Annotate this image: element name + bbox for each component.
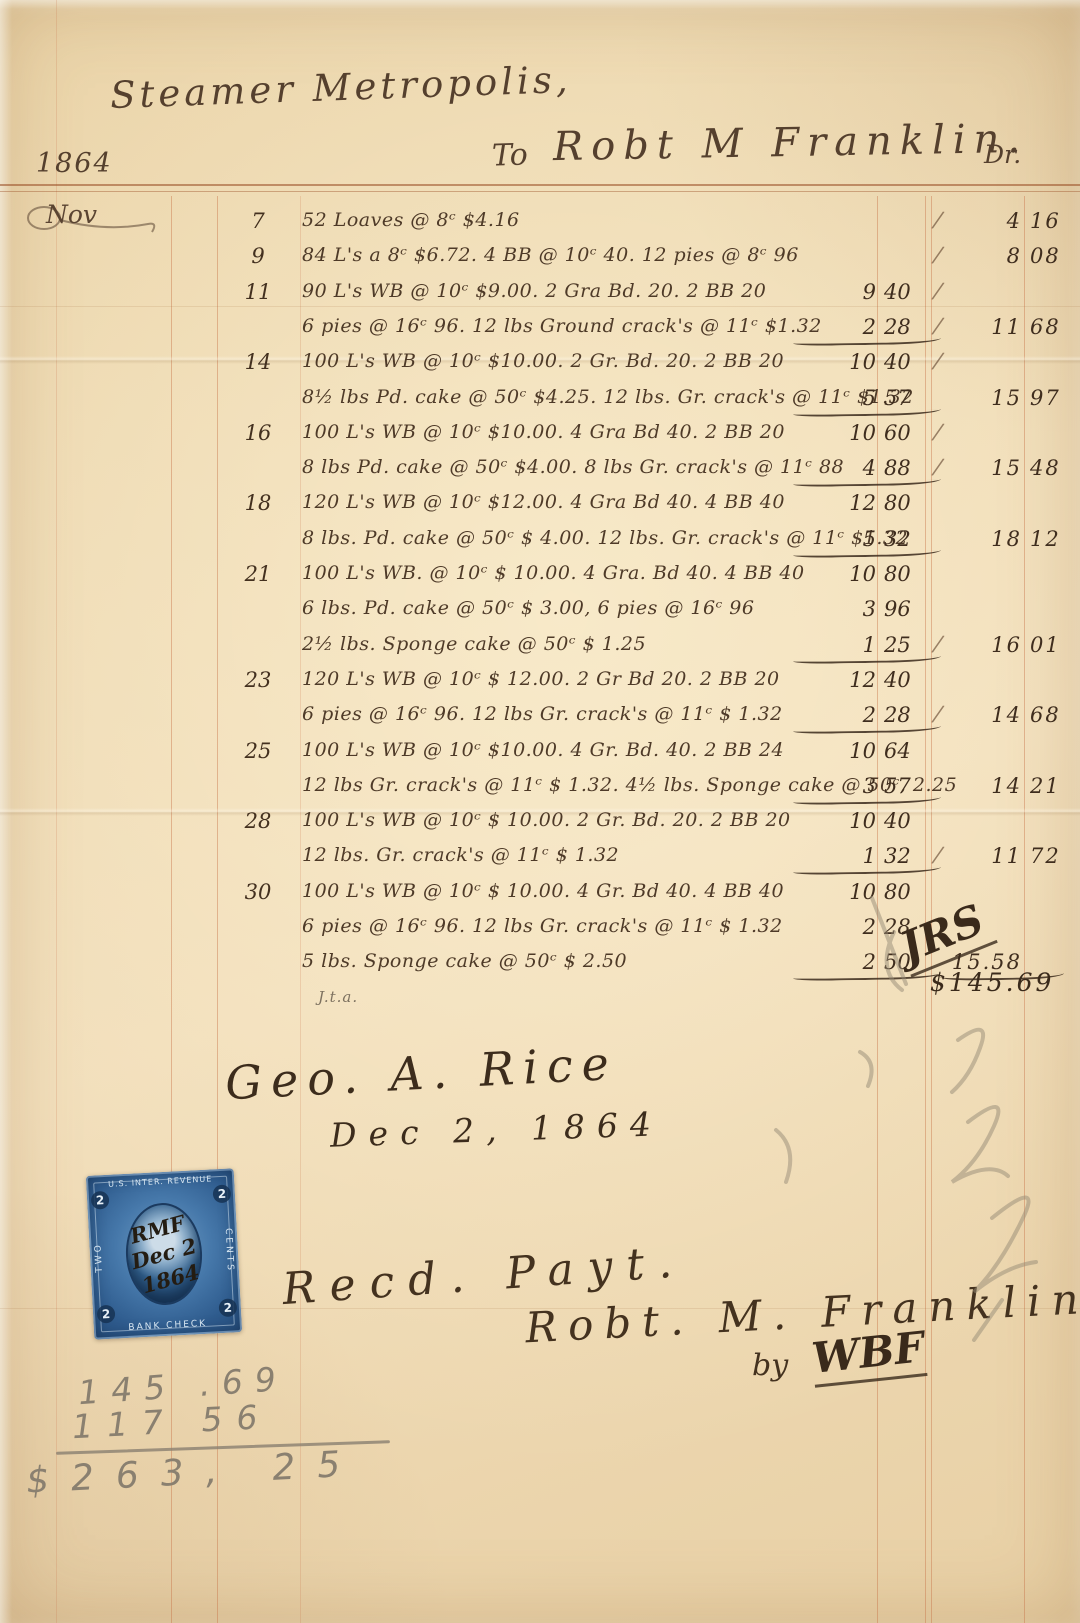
day-number: 21 [218, 562, 298, 586]
subtotal-cents: 96 [884, 597, 932, 621]
subtotal-cents: 32 [884, 527, 932, 551]
agent-monogram: WBF [809, 1322, 927, 1387]
ledger-row: 8 lbs. Pd. cake @ 50ᶜ $ 4.00. 12 lbs. Gr… [0, 524, 1080, 558]
subtotal-dollars: 5 [790, 386, 876, 410]
subtotal-cents: 32 [884, 844, 932, 868]
signature-date: Dec 2, 1864 [329, 1104, 663, 1155]
ledger-row: 23 120 L's WB @ 10ᶜ $ 12.00. 2 Gr Bd 20.… [0, 665, 1080, 699]
subtotal-dollars: 12 [790, 668, 876, 692]
ledger-row: 25 100 L's WB @ 10ᶜ $10.00. 4 Gr. Bd. 40… [0, 736, 1080, 770]
by-label: by [752, 1348, 788, 1383]
item-description: 6 pies @ 16ᶜ 96. 12 lbs Gr. crack's @ 11… [302, 703, 783, 725]
item-description: 2½ lbs. Sponge cake @ 50ᶜ $ 1.25 [302, 633, 646, 655]
day-number: 30 [218, 880, 298, 904]
ledger-row: 7 52 Loaves @ 8ᶜ $4.16 / 4 16 [0, 206, 1080, 240]
day-number: 16 [218, 421, 298, 445]
subtotal-dollars: 9 [790, 280, 876, 304]
subtotal-underline [793, 550, 941, 558]
item-description: 12 lbs. Gr. crack's @ 11ᶜ $ 1.32 [302, 844, 619, 866]
subtotal-dollars: 3 [790, 774, 876, 798]
total-dollars: 14 [946, 703, 1022, 727]
debtor-abbreviation: Dr. [984, 140, 1021, 169]
ledger-row: 6 pies @ 16ᶜ 96. 12 lbs Ground crack's @… [0, 312, 1080, 346]
check-tick: / [932, 420, 955, 448]
ledger-row: 9 84 L's a 8ᶜ $6.72. 4 BB @ 10ᶜ 40. 12 p… [0, 241, 1080, 275]
subtotal-dollars: 2 [790, 703, 876, 727]
subtotal-dollars: 3 [790, 597, 876, 621]
total-dollars: 16 [946, 633, 1022, 657]
day-number: 14 [218, 350, 298, 374]
subtotal-dollars: 2 [790, 950, 876, 974]
subtotal-cents: 80 [884, 491, 932, 515]
item-description: 120 L's WB @ 10ᶜ $12.00. 4 Gra Bd 40. 4 … [302, 491, 785, 513]
item-description: 120 L's WB @ 10ᶜ $ 12.00. 2 Gr Bd 20. 2 … [302, 668, 780, 690]
subtotal-cents: 25 [884, 633, 932, 657]
subtotal-dollars: 1 [790, 844, 876, 868]
total-dollars: 15 [946, 456, 1022, 480]
document-title: Steamer Metropolis, [109, 58, 572, 117]
total-cents: 08 [1030, 244, 1078, 268]
total-dollars: 11 [946, 315, 1022, 339]
subtotal-cents: 57 [884, 386, 932, 410]
item-description: 6 pies @ 16ᶜ 96. 12 lbs Ground crack's @… [302, 315, 822, 337]
ledger-row: 12 lbs Gr. crack's @ 11ᶜ $ 1.32. 4½ lbs.… [0, 771, 1080, 805]
item-description: 84 L's a 8ᶜ $6.72. 4 BB @ 10ᶜ 40. 12 pie… [302, 244, 799, 266]
day-number: 28 [218, 809, 298, 833]
ledger-row: 8 lbs Pd. cake @ 50ᶜ $4.00. 8 lbs Gr. cr… [0, 453, 1080, 487]
item-description: 100 L's WB @ 10ᶜ $ 10.00. 2 Gr. Bd. 20. … [302, 809, 791, 831]
ledger-row: 21 100 L's WB. @ 10ᶜ $ 10.00. 4 Gra. Bd … [0, 559, 1080, 593]
subtotal-cents: 40 [884, 280, 932, 304]
check-tick: / [932, 349, 955, 377]
ledger-row: 11 90 L's WB @ 10ᶜ $9.00. 2 Gra Bd. 20. … [0, 277, 1080, 311]
subtotal-cents: 60 [884, 421, 932, 445]
day-number: 25 [218, 739, 298, 763]
ledger-row: 16 100 L's WB @ 10ᶜ $10.00. 4 Gra Bd 40.… [0, 418, 1080, 452]
subtotal-underline [793, 479, 941, 487]
subtotal-dollars: 1 [790, 633, 876, 657]
subtotal-underline [793, 408, 941, 416]
ledger-row: 28 100 L's WB @ 10ᶜ $ 10.00. 2 Gr. Bd. 2… [0, 806, 1080, 840]
item-description: 5 lbs. Sponge cake @ 50ᶜ $ 2.50 [302, 950, 627, 972]
header-rule [0, 191, 1080, 192]
day-number: 23 [218, 668, 298, 692]
item-description: 52 Loaves @ 8ᶜ $4.16 [302, 209, 520, 231]
day-number: 11 [218, 280, 298, 304]
total-cents: 21 [1030, 774, 1078, 798]
subtotal-dollars: 10 [790, 350, 876, 374]
year-label: 1864 [36, 148, 113, 179]
subtotal-underline [793, 656, 941, 664]
ledger-row: 12 lbs. Gr. crack's @ 11ᶜ $ 1.32 1 32 / … [0, 841, 1080, 875]
total-dollars: 4 [946, 209, 1022, 233]
item-description: 100 L's WB @ 10ᶜ $ 10.00. 4 Gr. Bd 40. 4… [302, 880, 784, 902]
subtotal-dollars: 10 [790, 421, 876, 445]
ledger-page: Steamer Metropolis, 1864 To Robt M Frank… [0, 0, 1080, 1623]
check-tick: / [932, 278, 955, 306]
subtotal-underline [793, 797, 941, 805]
subtotal-cents: 40 [884, 350, 932, 374]
ledger-row: 18 120 L's WB @ 10ᶜ $12.00. 4 Gra Bd 40.… [0, 488, 1080, 522]
item-description: 100 L's WB. @ 10ᶜ $ 10.00. 4 Gra. Bd 40.… [302, 562, 805, 584]
subtotal-dollars: 12 [790, 491, 876, 515]
item-description: 100 L's WB @ 10ᶜ $10.00. 2 Gr. Bd. 20. 2… [302, 350, 784, 372]
subtotal-cents: 40 [884, 668, 932, 692]
ledger-row: 14 100 L's WB @ 10ᶜ $10.00. 2 Gr. Bd. 20… [0, 347, 1080, 381]
subtotal-cents: 88 [884, 456, 932, 480]
ledger-row: 30 100 L's WB @ 10ᶜ $ 10.00. 4 Gr. Bd 40… [0, 877, 1080, 911]
subtotal-dollars: 4 [790, 456, 876, 480]
header-rule [0, 184, 1080, 186]
total-dollars: 14 [946, 774, 1022, 798]
subtotal-cents: 64 [884, 739, 932, 763]
subtotal-cents: 57 [884, 774, 932, 798]
total-cents: 97 [1030, 386, 1078, 410]
item-description: 90 L's WB @ 10ᶜ $9.00. 2 Gra Bd. 20. 2 B… [302, 280, 766, 302]
payee-name: Robt M Franklin. [553, 116, 1029, 170]
day-number: 9 [218, 244, 298, 268]
item-description: 100 L's WB @ 10ᶜ $10.00. 4 Gra Bd 40. 2 … [302, 421, 785, 443]
total-dollars: 18 [946, 527, 1022, 551]
subtotal-cents: 28 [884, 703, 932, 727]
total-cents: 12 [1030, 527, 1078, 551]
subtotal-cents: 80 [884, 562, 932, 586]
grand-total: $145.69 [930, 968, 1054, 997]
ledger-row: 6 lbs. Pd. cake @ 50ᶜ $ 3.00, 6 pies @ 1… [0, 594, 1080, 628]
ledger-note: J.t.a. [318, 988, 358, 1006]
total-cents: 72 [1030, 844, 1078, 868]
ledger-row: 6 pies @ 16ᶜ 96. 12 lbs Gr. crack's @ 11… [0, 700, 1080, 734]
ledger-row: 2½ lbs. Sponge cake @ 50ᶜ $ 1.25 1 25 / … [0, 630, 1080, 664]
item-description: 100 L's WB @ 10ᶜ $10.00. 4 Gr. Bd. 40. 2… [302, 739, 784, 761]
subtotal-dollars: 2 [790, 315, 876, 339]
to-label: To [491, 137, 528, 173]
total-cents: 01 [1030, 633, 1078, 657]
day-number: 7 [218, 209, 298, 233]
total-cents: 16 [1030, 209, 1078, 233]
subtotal-dollars: 2 [790, 915, 876, 939]
day-number: 18 [218, 491, 298, 515]
total-dollars: 15 [946, 386, 1022, 410]
total-dollars: 8 [946, 244, 1022, 268]
total-cents: 68 [1030, 315, 1078, 339]
subtotal-dollars: 10 [790, 809, 876, 833]
subtotal-cents: 28 [884, 315, 932, 339]
ledger-row: 8½ lbs Pd. cake @ 50ᶜ $4.25. 12 lbs. Gr.… [0, 383, 1080, 417]
revenue-stamp: U.S. INTER. REVENUE TWO CENTS BANK CHECK… [86, 1168, 242, 1340]
subtotal-underline [793, 726, 941, 734]
item-description: 6 lbs. Pd. cake @ 50ᶜ $ 3.00, 6 pies @ 1… [302, 597, 755, 619]
subtotal-underline [793, 867, 941, 875]
subtotal-underline [793, 338, 941, 346]
item-description: 8 lbs Pd. cake @ 50ᶜ $4.00. 8 lbs Gr. cr… [302, 456, 844, 478]
subtotal-dollars: 10 [790, 562, 876, 586]
signature: Geo. A. Rice [224, 1036, 619, 1110]
total-dollars: 11 [946, 844, 1022, 868]
subtotal-dollars: 10 [790, 739, 876, 763]
total-cents: 48 [1030, 456, 1078, 480]
paper-edge [0, 0, 1080, 9]
item-description: 6 pies @ 16ᶜ 96. 12 lbs Gr. crack's @ 11… [302, 915, 783, 937]
subtotal-dollars: 5 [790, 527, 876, 551]
subtotal-dollars: 10 [790, 880, 876, 904]
subtotal-cents: 40 [884, 809, 932, 833]
total-cents: 68 [1030, 703, 1078, 727]
subtotal-cents: 80 [884, 880, 932, 904]
